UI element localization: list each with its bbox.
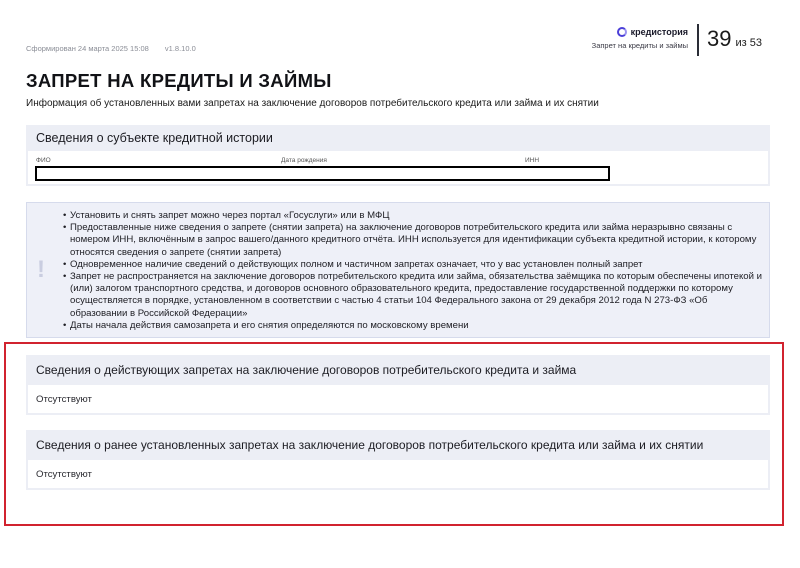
notice-item: Предоставленные ниже сведения о запрете …: [63, 222, 763, 259]
page-subtitle: Информация об установленных вами запрета…: [26, 98, 599, 109]
version-label: v1.8.10.0: [165, 44, 196, 53]
field-label-birthdate: Дата рождения: [281, 157, 327, 164]
notice-item: Одновременное наличие сведений о действу…: [63, 259, 763, 271]
exclamation-icon: !: [37, 258, 40, 282]
brand-block: кредистория Запрет на кредиты и займы: [592, 27, 688, 50]
previous-bans-value: Отсутствуют: [28, 460, 768, 488]
notice-list: Установить и снять запрет можно через по…: [63, 210, 763, 332]
active-bans-section: Сведения о действующих запретах на заклю…: [26, 355, 770, 415]
active-bans-heading: Сведения о действующих запретах на заклю…: [26, 355, 770, 385]
page-total: из 53: [735, 37, 761, 49]
brand-name: кредистория: [631, 27, 688, 37]
previous-bans-section: Сведения о ранее установленных запретах …: [26, 430, 770, 490]
header-divider: [697, 24, 699, 56]
page-title: ЗАПРЕТ НА КРЕДИТЫ И ЗАЙМЫ: [26, 70, 332, 92]
subject-heading: Сведения о субъекте кредитной истории: [26, 125, 770, 151]
brand-section-label: Запрет на кредиты и займы: [592, 41, 688, 50]
notice-item: Запрет не распространяется на заключение…: [63, 271, 763, 320]
generated-date: Сформирован 24 марта 2025 15:08: [26, 44, 149, 53]
field-label-fio: ФИО: [36, 157, 51, 164]
notice-item: Установить и снять запрет можно через по…: [63, 210, 763, 222]
notice-item: Даты начала действия самозапрета и его с…: [63, 320, 763, 332]
subject-fields: ФИО Дата рождения ИНН: [28, 151, 768, 184]
active-bans-value: Отсутствуют: [28, 385, 768, 413]
info-notice: ! Установить и снять запрет можно через …: [26, 202, 770, 338]
report-meta: Сформирован 24 марта 2025 15:08 v1.8.10.…: [26, 44, 196, 53]
page-counter: 39 из 53: [707, 26, 762, 52]
subject-section: Сведения о субъекте кредитной истории ФИ…: [26, 125, 770, 186]
page-current: 39: [707, 26, 731, 52]
field-label-inn: ИНН: [525, 157, 539, 164]
kredistoriya-ring-icon: [617, 27, 627, 37]
previous-bans-heading: Сведения о ранее установленных запретах …: [26, 430, 770, 460]
redacted-subject-values: [35, 166, 610, 181]
brand-logo: кредистория: [592, 27, 688, 37]
